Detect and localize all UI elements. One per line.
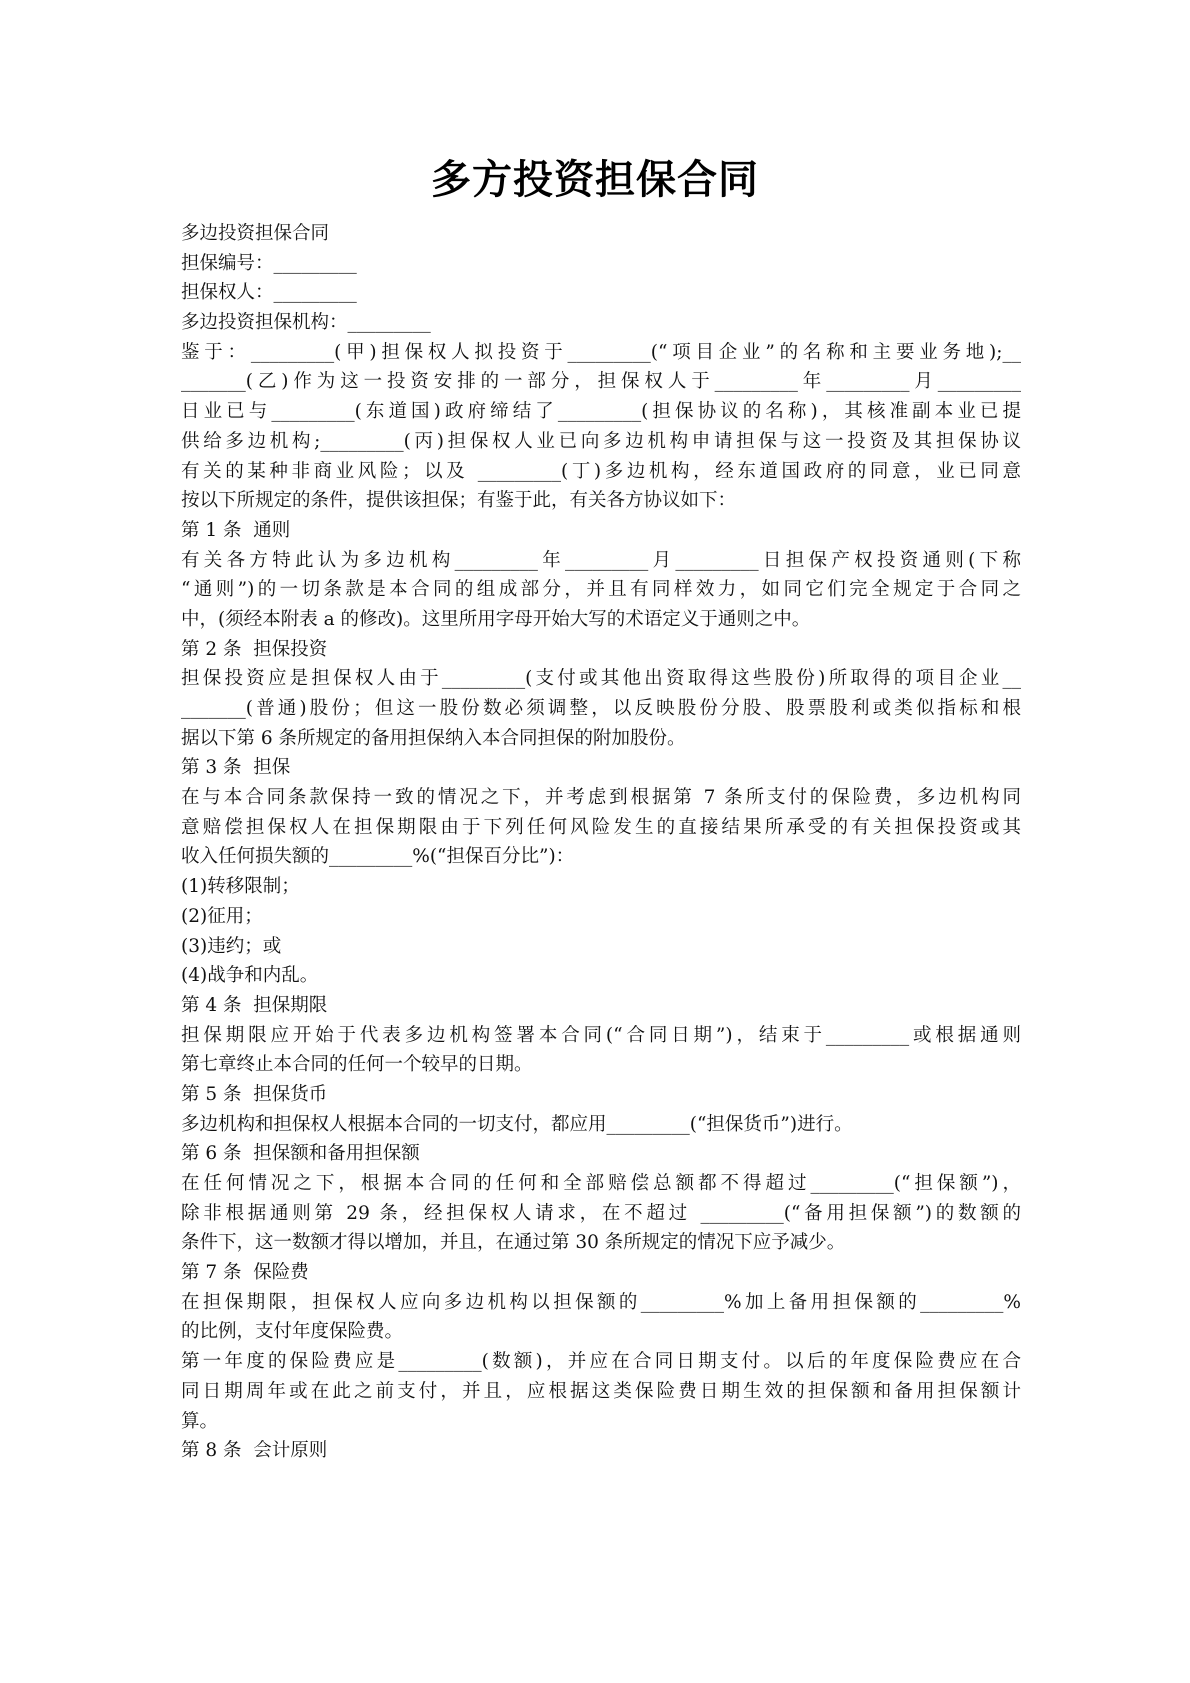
paragraph-line: 算。 (181, 1407, 1021, 1437)
document-title: 多方投资担保合同 (0, 150, 1190, 210)
paragraph-line: _______(普通)股份；但这一股份数必须调整，以反映股份分股、股票股利或类似… (181, 694, 1021, 724)
paragraph-line: 有关的某种非商业风险；以及 _________(丁)多边机构，经东道国政府的同意… (181, 457, 1021, 487)
paragraph-line: 供给多边机构;_________(丙)担保权人业已向多边机构申请担保与这一投资及… (181, 427, 1021, 457)
paragraph-line: 第一年度的保险费应是_________(数额)，并应在合同日期支付。以后的年度保… (181, 1347, 1021, 1377)
paragraph-line: 中，(须经本附表 a 的修改)。这里所用字母开始大写的术语定义于通则之中。 (181, 605, 1021, 635)
article-heading: 第 8 条 会计原则 (181, 1436, 1021, 1466)
paragraph-line: 担保投资应是担保权人由于_________(支付或其他出资取得这些股份)所取得的… (181, 664, 1021, 694)
article-heading: 第 1 条 通则 (181, 516, 1021, 546)
article-heading: 第 7 条 保险费 (181, 1258, 1021, 1288)
list-item: (3)违约；或 (181, 932, 1021, 962)
article-heading: 第 6 条 担保额和备用担保额 (181, 1139, 1021, 1169)
paragraph-line: 意赔偿担保权人在担保期限由于下列任何风险发生的直接结果所承受的有关担保投资或其 (181, 813, 1021, 843)
form-field-line: 多边投资担保机构：_________ (181, 308, 1021, 338)
paragraph-line: 除非根据通则第 29 条，经担保权人请求，在不超过 _________(“备用担… (181, 1199, 1021, 1229)
paragraph-line: 据以下第 6 条所规定的备用担保纳入本合同担保的附加股份。 (181, 724, 1021, 754)
form-field-line: 担保编号：_________ (181, 249, 1021, 279)
paragraph-line: 有关各方特此认为多边机构_________年_________月________… (181, 546, 1021, 576)
paragraph-line: 鉴于：_________(甲)担保权人拟投资于_________(“项目企业”的… (181, 338, 1021, 368)
paragraph-line: 在与本合同条款保持一致的情况之下，并考虑到根据第 7 条所支付的保险费，多边机构… (181, 783, 1021, 813)
paragraph-line: 第七章终止本合同的任何一个较早的日期。 (181, 1050, 1021, 1080)
paragraph-line: 收入任何损失额的_________%(“担保百分比”)： (181, 842, 1021, 872)
article-heading: 第 4 条 担保期限 (181, 991, 1021, 1021)
list-item: (4)战争和内乱。 (181, 961, 1021, 991)
article-heading: 第 3 条 担保 (181, 753, 1021, 783)
document-body: 多边投资担保合同担保编号：_________担保权人：_________多边投资… (181, 219, 1021, 1466)
paragraph-line: 在担保期限，担保权人应向多边机构以担保额的_________%加上备用担保额的_… (181, 1288, 1021, 1318)
paragraph-line: 同日期周年或在此之前支付，并且，应根据这类保险费日期生效的担保额和备用担保额计 (181, 1377, 1021, 1407)
paragraph-line: 的比例，支付年度保险费。 (181, 1317, 1021, 1347)
paragraph-line: 在任何情况之下，根据本合同的任何和全部赔偿总额都不得超过_________(“担… (181, 1169, 1021, 1199)
paragraph-line: _______(乙)作为这一投资安排的一部分，担保权人于_________年__… (181, 367, 1021, 397)
paragraph-line: “通则”)的一切条款是本合同的组成部分，并且有同样效力，如同它们完全规定于合同之 (181, 575, 1021, 605)
article-heading: 第 5 条 担保货币 (181, 1080, 1021, 1110)
paragraph-line: 日业已与_________(东道国)政府缔结了_________(担保协议的名称… (181, 397, 1021, 427)
paragraph-line: 条件下，这一数额才得以增加，并且，在通过第 30 条所规定的情况下应予减少。 (181, 1228, 1021, 1258)
form-field-line: 担保权人：_________ (181, 278, 1021, 308)
list-item: (2)征用； (181, 902, 1021, 932)
article-heading: 第 2 条 担保投资 (181, 635, 1021, 665)
document-page: 多方投资担保合同 多边投资担保合同担保编号：_________担保权人：____… (0, 0, 1190, 1683)
paragraph-line: 多边机构和担保权人根据本合同的一切支付，都应用_________(“担保货币”)… (181, 1110, 1021, 1140)
paragraph-line: 担保期限应开始于代表多边机构签署本合同(“合同日期”)，结束于_________… (181, 1021, 1021, 1051)
list-item: (1)转移限制； (181, 872, 1021, 902)
document-subtitle: 多边投资担保合同 (181, 219, 1021, 249)
paragraph-line: 按以下所规定的条件，提供该担保；有鉴于此，有关各方协议如下： (181, 486, 1021, 516)
